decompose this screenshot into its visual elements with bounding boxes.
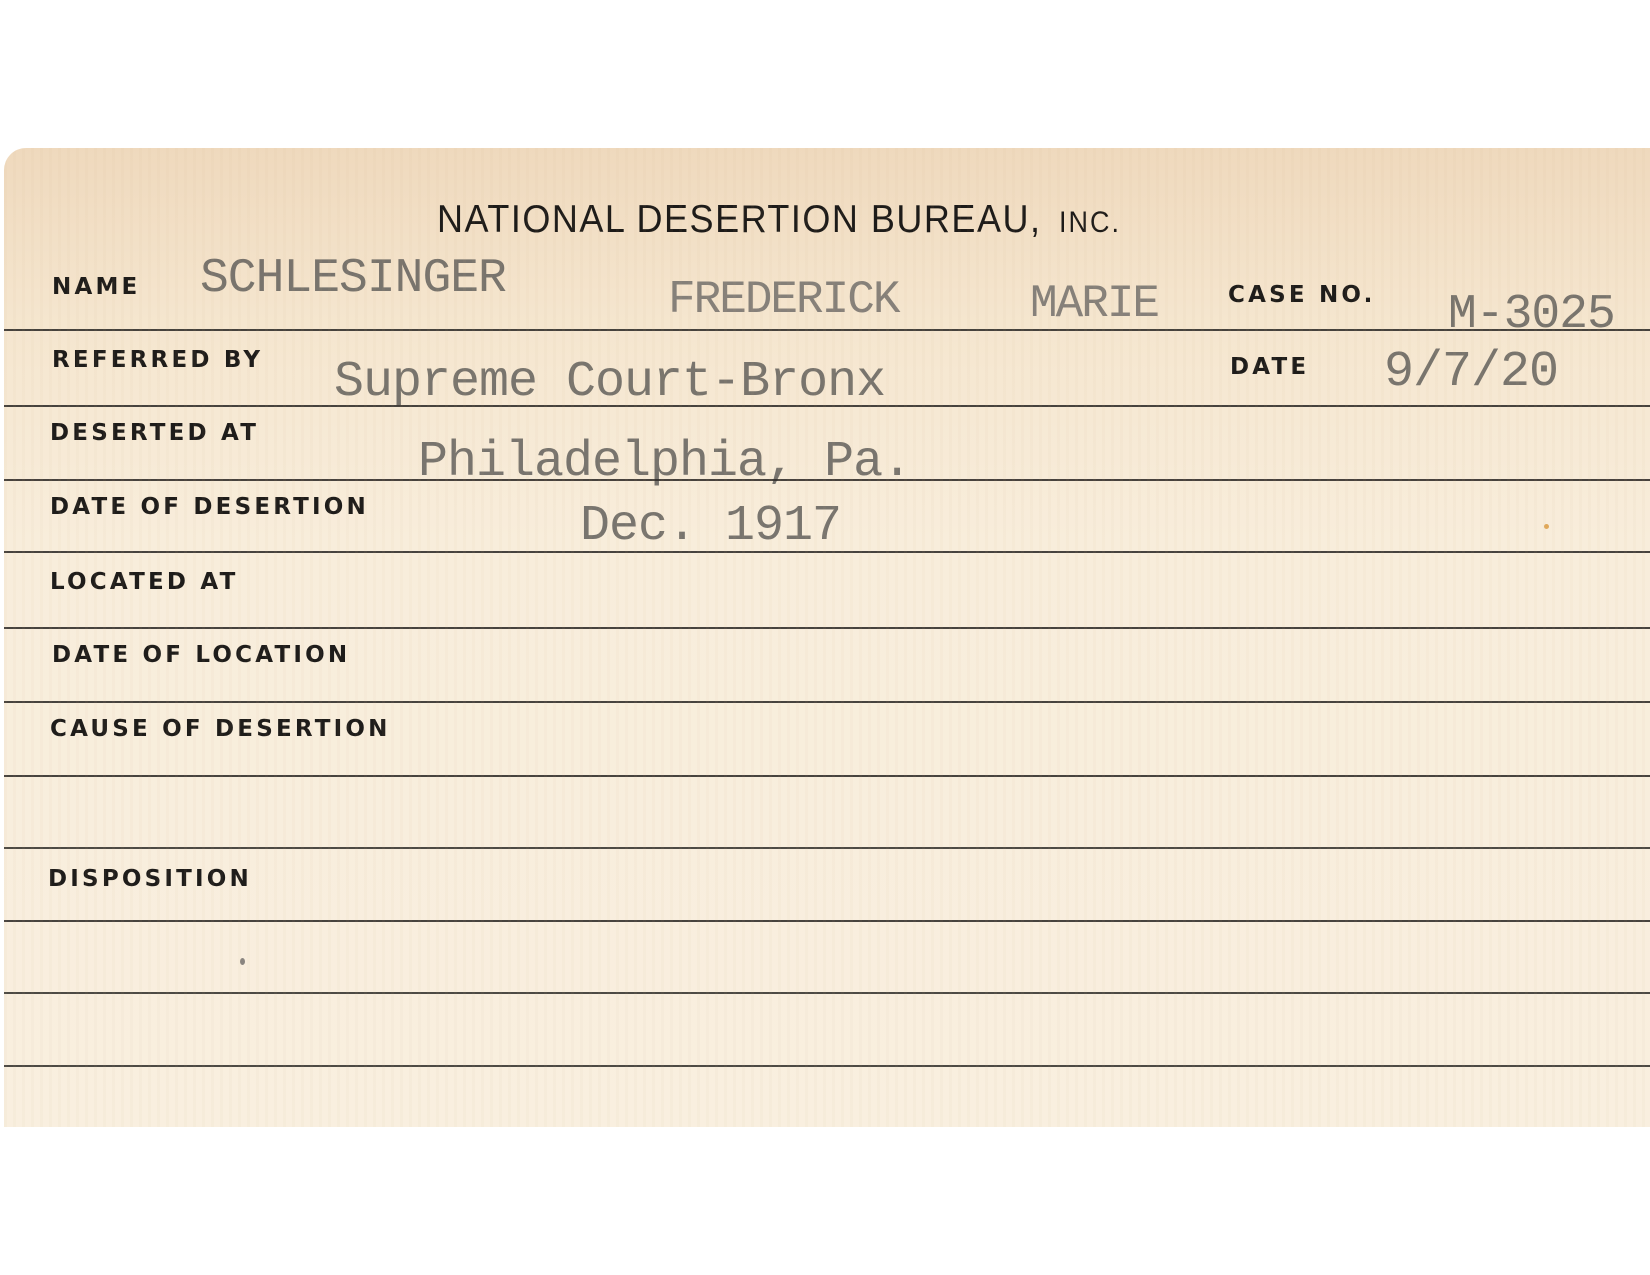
case-no-value: M-3025 xyxy=(1448,288,1615,342)
name-first: FREDERICK xyxy=(668,274,898,326)
stain-speck xyxy=(1544,524,1549,529)
rule-cause-extra xyxy=(4,847,1650,849)
rule-disposition xyxy=(4,920,1650,922)
rule-disposition-extra-1 xyxy=(4,992,1650,994)
cause-of-desertion-label: CAUSE OF DESERTION xyxy=(50,716,391,742)
date-label: DATE xyxy=(1230,354,1309,380)
card-title: NATIONAL DESERTION BUREAU, INC. xyxy=(0,196,1602,241)
rule-date-of-desertion xyxy=(4,551,1650,553)
located-at-label: LOCATED AT xyxy=(50,569,239,595)
rule-deserted-at xyxy=(4,479,1650,481)
rule-name xyxy=(4,329,1650,331)
date-of-desertion-label: DATE OF DESERTION xyxy=(50,494,369,520)
name-middle: MARIE xyxy=(1030,278,1158,330)
rule-disposition-extra-2 xyxy=(4,1065,1650,1067)
title-main: NATIONAL DESERTION BUREAU, xyxy=(437,196,1041,240)
name-label: NAME xyxy=(52,274,140,300)
rule-cause-of-desertion xyxy=(4,775,1650,777)
referred-by-label: REFERRED BY xyxy=(52,347,263,373)
rule-date-of-location xyxy=(4,701,1650,703)
date-of-location-label: DATE OF LOCATION xyxy=(52,642,350,668)
date-value: 9/7/20 xyxy=(1384,344,1558,401)
rule-located-at xyxy=(4,627,1650,629)
referred-by-value: Supreme Court-Bronx xyxy=(334,354,885,411)
disposition-label: DISPOSITION xyxy=(48,866,252,892)
date-of-desertion-value: Dec. 1917 xyxy=(580,498,841,555)
name-surname: SCHLESINGER xyxy=(200,252,506,306)
case-no-label: CASE NO. xyxy=(1228,282,1376,308)
title-suffix: INC. xyxy=(1059,206,1121,238)
ink-speck xyxy=(240,958,245,965)
deserted-at-value: Philadelphia, Pa. xyxy=(418,434,911,491)
deserted-at-label: DESERTED AT xyxy=(50,420,259,446)
index-card: NATIONAL DESERTION BUREAU, INC. NAME SCH… xyxy=(4,148,1650,1127)
rule-referred-by xyxy=(4,405,1650,407)
